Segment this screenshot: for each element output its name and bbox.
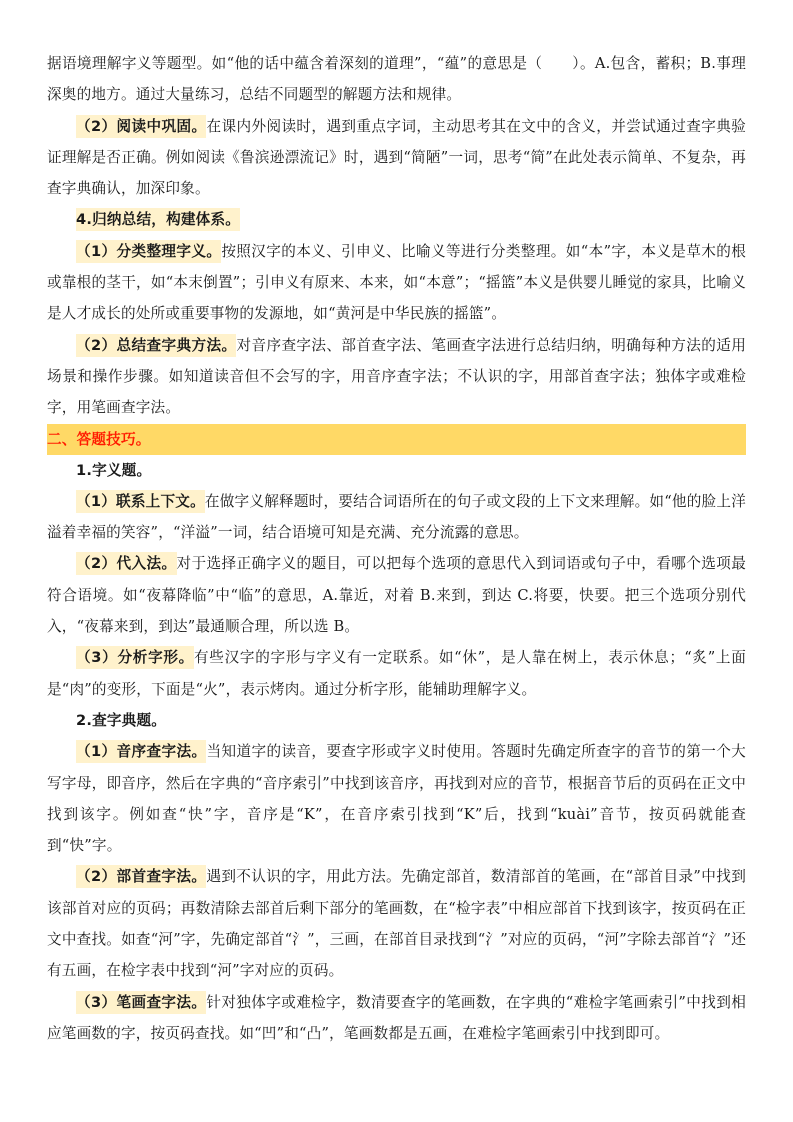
intro-text: 据语境理解字义等题型。如“他的话中蕴含着深刻的道理”，“蕴”的意思是（ ）。A.… bbox=[47, 55, 746, 103]
intro-paragraph: 据语境理解字义等题型。如“他的话中蕴含着深刻的道理”，“蕴”的意思是（ ）。A.… bbox=[47, 48, 746, 111]
sub-1-title: 1.字义题。 bbox=[47, 455, 746, 486]
stroke-label: （3）笔画查字法。 bbox=[76, 991, 206, 1014]
heading-4-text: 4.归纳总结，构建体系。 bbox=[76, 208, 240, 231]
phonetic-paragraph: （1）音序查字法。当知道字的读音，要查字形或字义时使用。答题时先确定所查字的音节… bbox=[47, 736, 746, 861]
radical-paragraph: （2）部首查字法。遇到不认识的字，用此方法。先确定部首，数清部首的笔画，在“部首… bbox=[47, 861, 746, 986]
glyph-label: （3）分析字形。 bbox=[76, 646, 194, 669]
classify-paragraph: （1）分类整理字义。按照汉字的本义、引申义、比喻义等进行分类整理。如“本”字，本… bbox=[47, 236, 746, 330]
substitute-label: （2）代入法。 bbox=[76, 552, 177, 575]
substitute-paragraph: （2）代入法。对于选择正确字义的题目，可以把每个选项的意思代入到词语或句子中，看… bbox=[47, 548, 746, 642]
heading-4: 4.归纳总结，构建体系。 bbox=[47, 204, 746, 235]
summary-label: （2）总结查字典方法。 bbox=[76, 334, 236, 357]
reading-paragraph: （2）阅读中巩固。在课内外阅读时，遇到重点字词，主动思考其在文中的含义，并尝试通… bbox=[47, 111, 746, 205]
document-page: 据语境理解字义等题型。如“他的话中蕴含着深刻的道理”，“蕴”的意思是（ ）。A.… bbox=[47, 48, 746, 1049]
context-paragraph: （1）联系上下文。在做字义解释题时，要结合词语所在的句子或文段的上下文来理解。如… bbox=[47, 486, 746, 549]
section-2-title: 二、答题技巧。 bbox=[47, 424, 746, 455]
summary-paragraph: （2）总结查字典方法。对音序查字法、部首查字法、笔画查字法进行总结归纳，明确每种… bbox=[47, 330, 746, 424]
stroke-paragraph: （3）笔画查字法。针对独体字或难检字，数清要查字的笔画数，在字典的“难检字笔画索… bbox=[47, 987, 746, 1050]
sub-2-title: 2.查字典题。 bbox=[47, 705, 746, 736]
glyph-paragraph: （3）分析字形。有些汉字的字形与字义有一定联系。如“休”，是人靠在树上，表示休息… bbox=[47, 642, 746, 705]
classify-label: （1）分类整理字义。 bbox=[76, 240, 221, 263]
context-label: （1）联系上下文。 bbox=[76, 490, 205, 513]
reading-label: （2）阅读中巩固。 bbox=[76, 115, 206, 138]
radical-label: （2）部首查字法。 bbox=[76, 865, 206, 888]
phonetic-label: （1）音序查字法。 bbox=[76, 740, 206, 763]
